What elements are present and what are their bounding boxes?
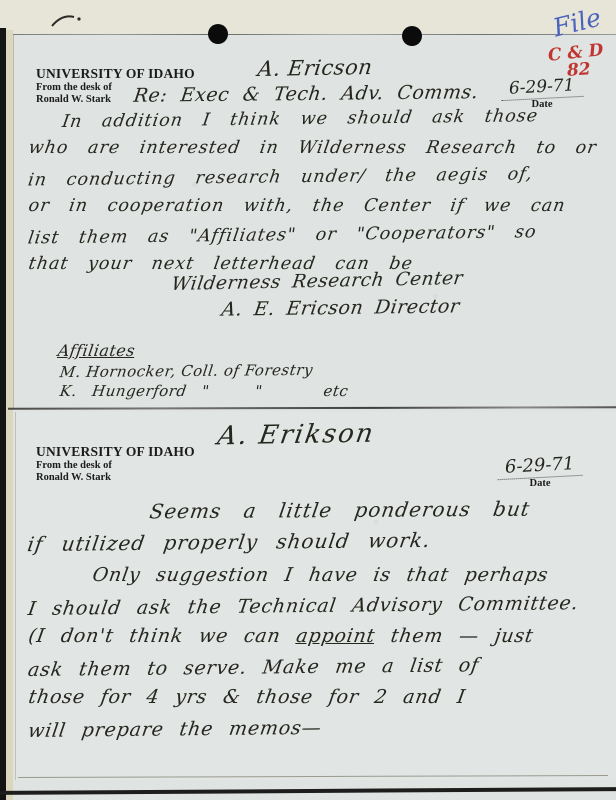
scanned-page: File C & D 82 UNIVERSITY OF IDAHO From t… (0, 0, 616, 800)
letterhead-name: Ronald W. Stark (36, 472, 195, 484)
affiliate-line: M. Hornocker, Coll. of Forestry (59, 361, 315, 381)
letterhead-memo2: UNIVERSITY OF IDAHO From the desk of Ron… (36, 444, 195, 483)
underlined-word: appoint (295, 625, 377, 647)
hole-punch-dot-right (402, 26, 422, 46)
handwriting-line: I should ask the Technical Advisory Comm… (25, 592, 596, 628)
handwriting-line: list them as "Affiliates" or "Cooperator… (25, 222, 596, 258)
bottom-edge-shadow (0, 787, 616, 795)
handwriting-line: ask them to serve. Make me a list of (25, 653, 596, 689)
affiliate-line: K. Hungerford " " etc (59, 382, 350, 400)
memo2-date-block: 6-29-71 Date (490, 455, 590, 489)
handwriting-segment: (I don't think we can (27, 625, 298, 647)
memo1-signature-handwriting: A. E. Ericson Director (220, 295, 461, 320)
handwriting-line: Seems a little ponderous but (148, 497, 532, 524)
handwriting-line: (I don't think we can appoint them — jus… (26, 625, 597, 656)
handwriting-line: In addition I think we should ask those (25, 106, 596, 142)
handwriting-line: who are interested in Wilderness Researc… (26, 138, 597, 167)
handwriting-segment: them — just (373, 625, 535, 647)
affiliates-heading-handwriting: Affiliates (57, 341, 137, 360)
pen-scribble-mark (48, 10, 88, 32)
letterhead-from-desk: From the desk of (36, 460, 195, 472)
sheet-divider-line (8, 406, 616, 410)
handwriting-line: in conducting research under/ the aegis … (25, 164, 596, 200)
memo1-re-line-handwriting: Re: Exec & Tech. Adv. Comms. (132, 81, 479, 107)
handwriting-line: if utilized properly should work. (26, 528, 432, 556)
backing-sheet-top (0, 0, 616, 35)
memo2-date-handwriting: 6-29-71 (497, 453, 584, 480)
handwriting-line: or in cooperation with, the Center if we… (26, 196, 597, 225)
handwriting-line: Only suggestion I have is that perhaps (26, 564, 597, 595)
letterhead-university: UNIVERSITY OF IDAHO (36, 444, 195, 460)
memo2-addressee-handwriting: A. Erikson (215, 419, 377, 452)
left-edge-paper-sliver (6, 30, 13, 800)
handwriting-line: will prepare the memos— (25, 714, 596, 750)
handwriting-line: those for 4 yrs & those for 2 and I (26, 686, 597, 717)
memo2-paragraph2: Only suggestion I have is that perhaps I… (28, 564, 594, 747)
memo1-addressee-handwriting: A. Ericson (256, 55, 374, 81)
sheet-top-edge-line (0, 34, 616, 35)
hole-punch-dot-left (208, 24, 228, 44)
memo1-body: In addition I think we should ask those … (28, 109, 594, 283)
letterhead-university: UNIVERSITY OF IDAHO (36, 66, 195, 82)
memo1-date-handwriting: 6-29-71 (501, 75, 584, 101)
